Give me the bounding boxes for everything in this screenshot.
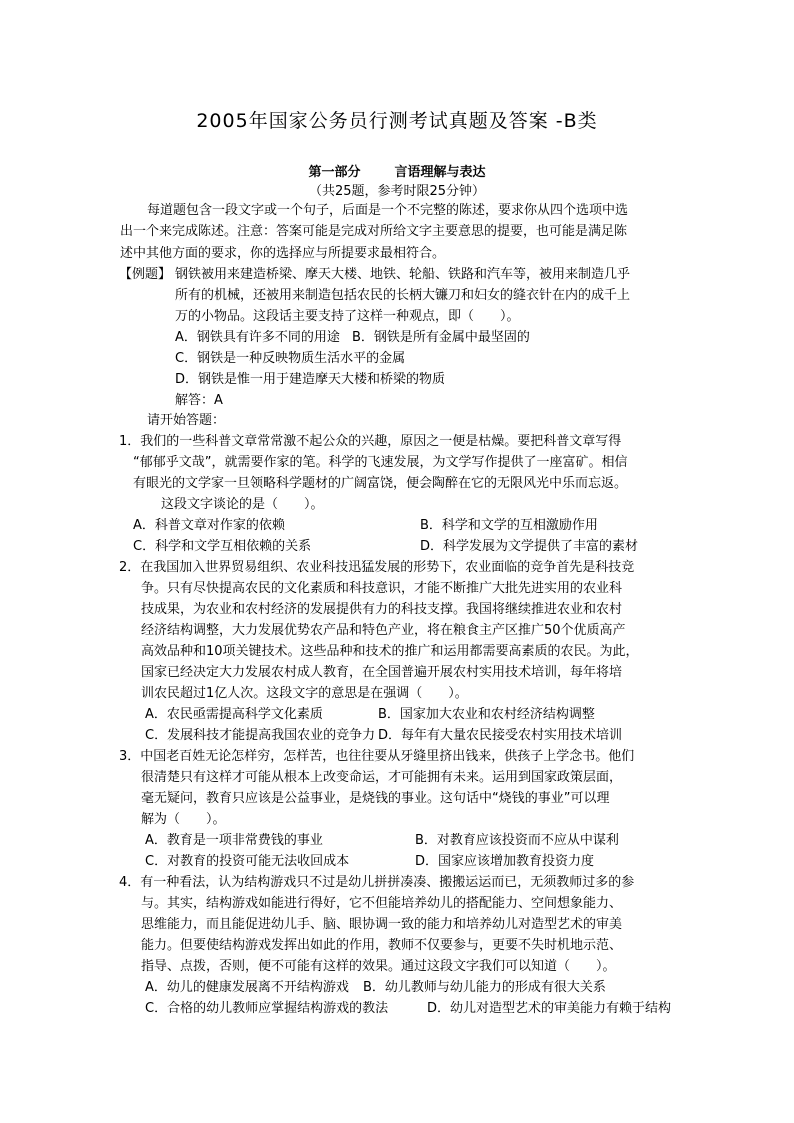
example-line: 所有的机械，还被用来制造包括农民的长柄大镰刀和妇女的缝衣针在内的成千上: [175, 288, 630, 304]
start-prompt: 请开始答题：: [147, 413, 225, 429]
section-heading: 第一部分言语理解与表达: [0, 161, 794, 180]
question-1-line: 1．我们的一些科普文章常常激不起公众的兴趣，原因之一便是枯燥。要把科普文章写得: [119, 434, 621, 450]
question-2-option-c: C．发展科技才能提高我国农业的竞争力: [145, 728, 375, 744]
section-part: 第一部分: [308, 165, 360, 180]
instruction-line: 每道题包含一段文字或一个句子，后面是一个不完整的陈述，要求你从四个选项中选: [147, 203, 628, 219]
question-2-line: 技成果，为农业和农村经济的发展提供有力的科技支撑。我国将继续推进农业和农村: [141, 602, 622, 618]
question-4-line: 与。其实，结构游戏如能进行得好，它不但能培养幼儿的搭配能力、空间想象能力、: [141, 896, 622, 912]
question-2-option-d: D．每年有大量农民接受农村实用技术培训: [378, 728, 622, 744]
question-4-line: 4．有一种看法，认为结构游戏只不过是幼儿拼拼凑凑、搬搬运运而已，无须教师过多的参: [119, 875, 634, 891]
question-1-line: “郁郁乎文哉”，就需要作家的笔。科学的飞速发展，为文学写作提供了一座富矿。相信: [133, 455, 627, 471]
question-1-option-c: C．科学和文学互相依赖的关系: [133, 539, 311, 555]
example-option-a: A．钢铁具有许多不同的用途: [175, 330, 340, 346]
question-4-line: 指导、点拨，否则，便不可能有这样的效果。通过这段文字我们可以知道（ ）。: [141, 959, 616, 975]
question-3-option-c: C．对教育的投资可能无法收回成本: [145, 854, 349, 870]
question-2-option-a: A．农民亟需提高科学文化素质: [145, 707, 323, 723]
question-4-option-d: D．幼儿对造型艺术的审美能力有赖于结构: [427, 1001, 671, 1017]
example-option-c: C．钢铁是一种反映物质生活水平的金属: [175, 351, 405, 367]
question-3-option-d: D．国家应该增加教育投资力度: [415, 854, 594, 870]
question-1-option-d: D．科学发展为文学提供了丰富的素材: [420, 539, 638, 555]
question-1-line: 有眼光的文学家一旦领略科学题材的广阔富饶，便会陶醉在它的无限风光中乐而忘返。: [133, 476, 627, 492]
question-2-line: 2．在我国加入世界贸易组织、农业科技迅猛发展的形势下，农业面临的竞争首先是科技竞: [119, 560, 634, 576]
question-1-option-b: B．科学和文学的互相激励作用: [420, 518, 598, 534]
example-option-d: D．钢铁是惟一用于建造摩天大楼和桥梁的物质: [175, 372, 445, 388]
example-answer: 解答：A: [175, 393, 223, 409]
question-1-option-a: A．科普文章对作家的依赖: [133, 518, 285, 534]
question-2-line: 训农民超过1亿人次。这段文字的意思是在强调（ ）。: [141, 686, 468, 702]
question-4-option-c: C．合格的幼儿教师应掌握结构游戏的教法: [145, 1001, 388, 1017]
question-3-line: 很清楚只有这样才可能从根本上改变命运，才可能拥有未来。运用到国家政策层面，: [141, 770, 622, 786]
document-title: 2005年国家公务员行测考试真题及答案 -B类: [0, 106, 794, 133]
section-name: 言语理解与表达: [395, 165, 486, 180]
document-page: 2005年国家公务员行测考试真题及答案 -B类 第一部分言语理解与表达 （共25…: [0, 0, 794, 1123]
example-line: 万的小物品。这段话主要支持了这样一种观点，即（ ）。: [175, 309, 520, 325]
question-1-line: 这段文字谈论的是（ ）。: [161, 497, 324, 513]
question-2-line: 高效品种和10项关键技术。这些品种和技术的推广和运用都需要高素质的农民。为此，: [141, 644, 639, 660]
instruction-line: 述中其他方面的要求，你的选择应与所提要求最相符合。: [120, 246, 445, 262]
section-note: （共25题，参考时限25分钟）: [0, 180, 794, 199]
question-3-line: 解为（ ）。: [141, 812, 226, 828]
example-label: 【例题】: [119, 267, 171, 283]
question-3-option-b: B．对教育应该投资而不应从中谋利: [415, 833, 619, 849]
question-3-line: 毫无疑问，教育只应该是公益事业，是烧钱的事业。这句话中“烧钱的事业”可以理: [141, 791, 609, 807]
example-option-b: B．钢铁是所有金属中最坚固的: [352, 330, 530, 346]
question-3-option-a: A．教育是一项非常费钱的事业: [145, 833, 323, 849]
question-3-line: 3．中国老百姓无论怎样穷，怎样苦，也往往要从牙缝里挤出钱来，供孩子上学念书。他们: [119, 749, 634, 765]
question-4-line: 能力。但要使结构游戏发挥出如此的作用，教师不仅要参与，更要不失时机地示范、: [141, 938, 622, 954]
question-4-option-b: B．幼儿教师与幼儿能力的形成有很大关系: [363, 980, 606, 996]
example-line: 钢铁被用来建造桥梁、摩天大楼、地铁、轮船、铁路和汽车等，被用来制造几乎: [175, 267, 630, 283]
instruction-line: 出一个来完成陈述。注意：答案可能是完成对所给文字主要意思的提要，也可能是满足陈: [120, 224, 627, 240]
question-2-line: 国家已经决定大力发展农村成人教育，在全国普遍开展农村实用技术培训，每年将培: [141, 665, 622, 681]
question-4-line: 思维能力，而且能促进幼儿手、脑、眼协调一致的能力和培养幼儿对造型艺术的审美: [141, 917, 622, 933]
question-4-option-a: A．幼儿的健康发展离不开结构游戏: [145, 980, 349, 996]
question-2-line: 争。只有尽快提高农民的文化素质和科技意识，才能不断推广大批先进实用的农业科: [141, 581, 622, 597]
question-2-line: 经济结构调整，大力发展优势农产品和特色产业，将在粮食主产区推广50个优质高产: [141, 623, 626, 639]
question-2-option-b: B．国家加大农业和农村经济结构调整: [378, 707, 595, 723]
